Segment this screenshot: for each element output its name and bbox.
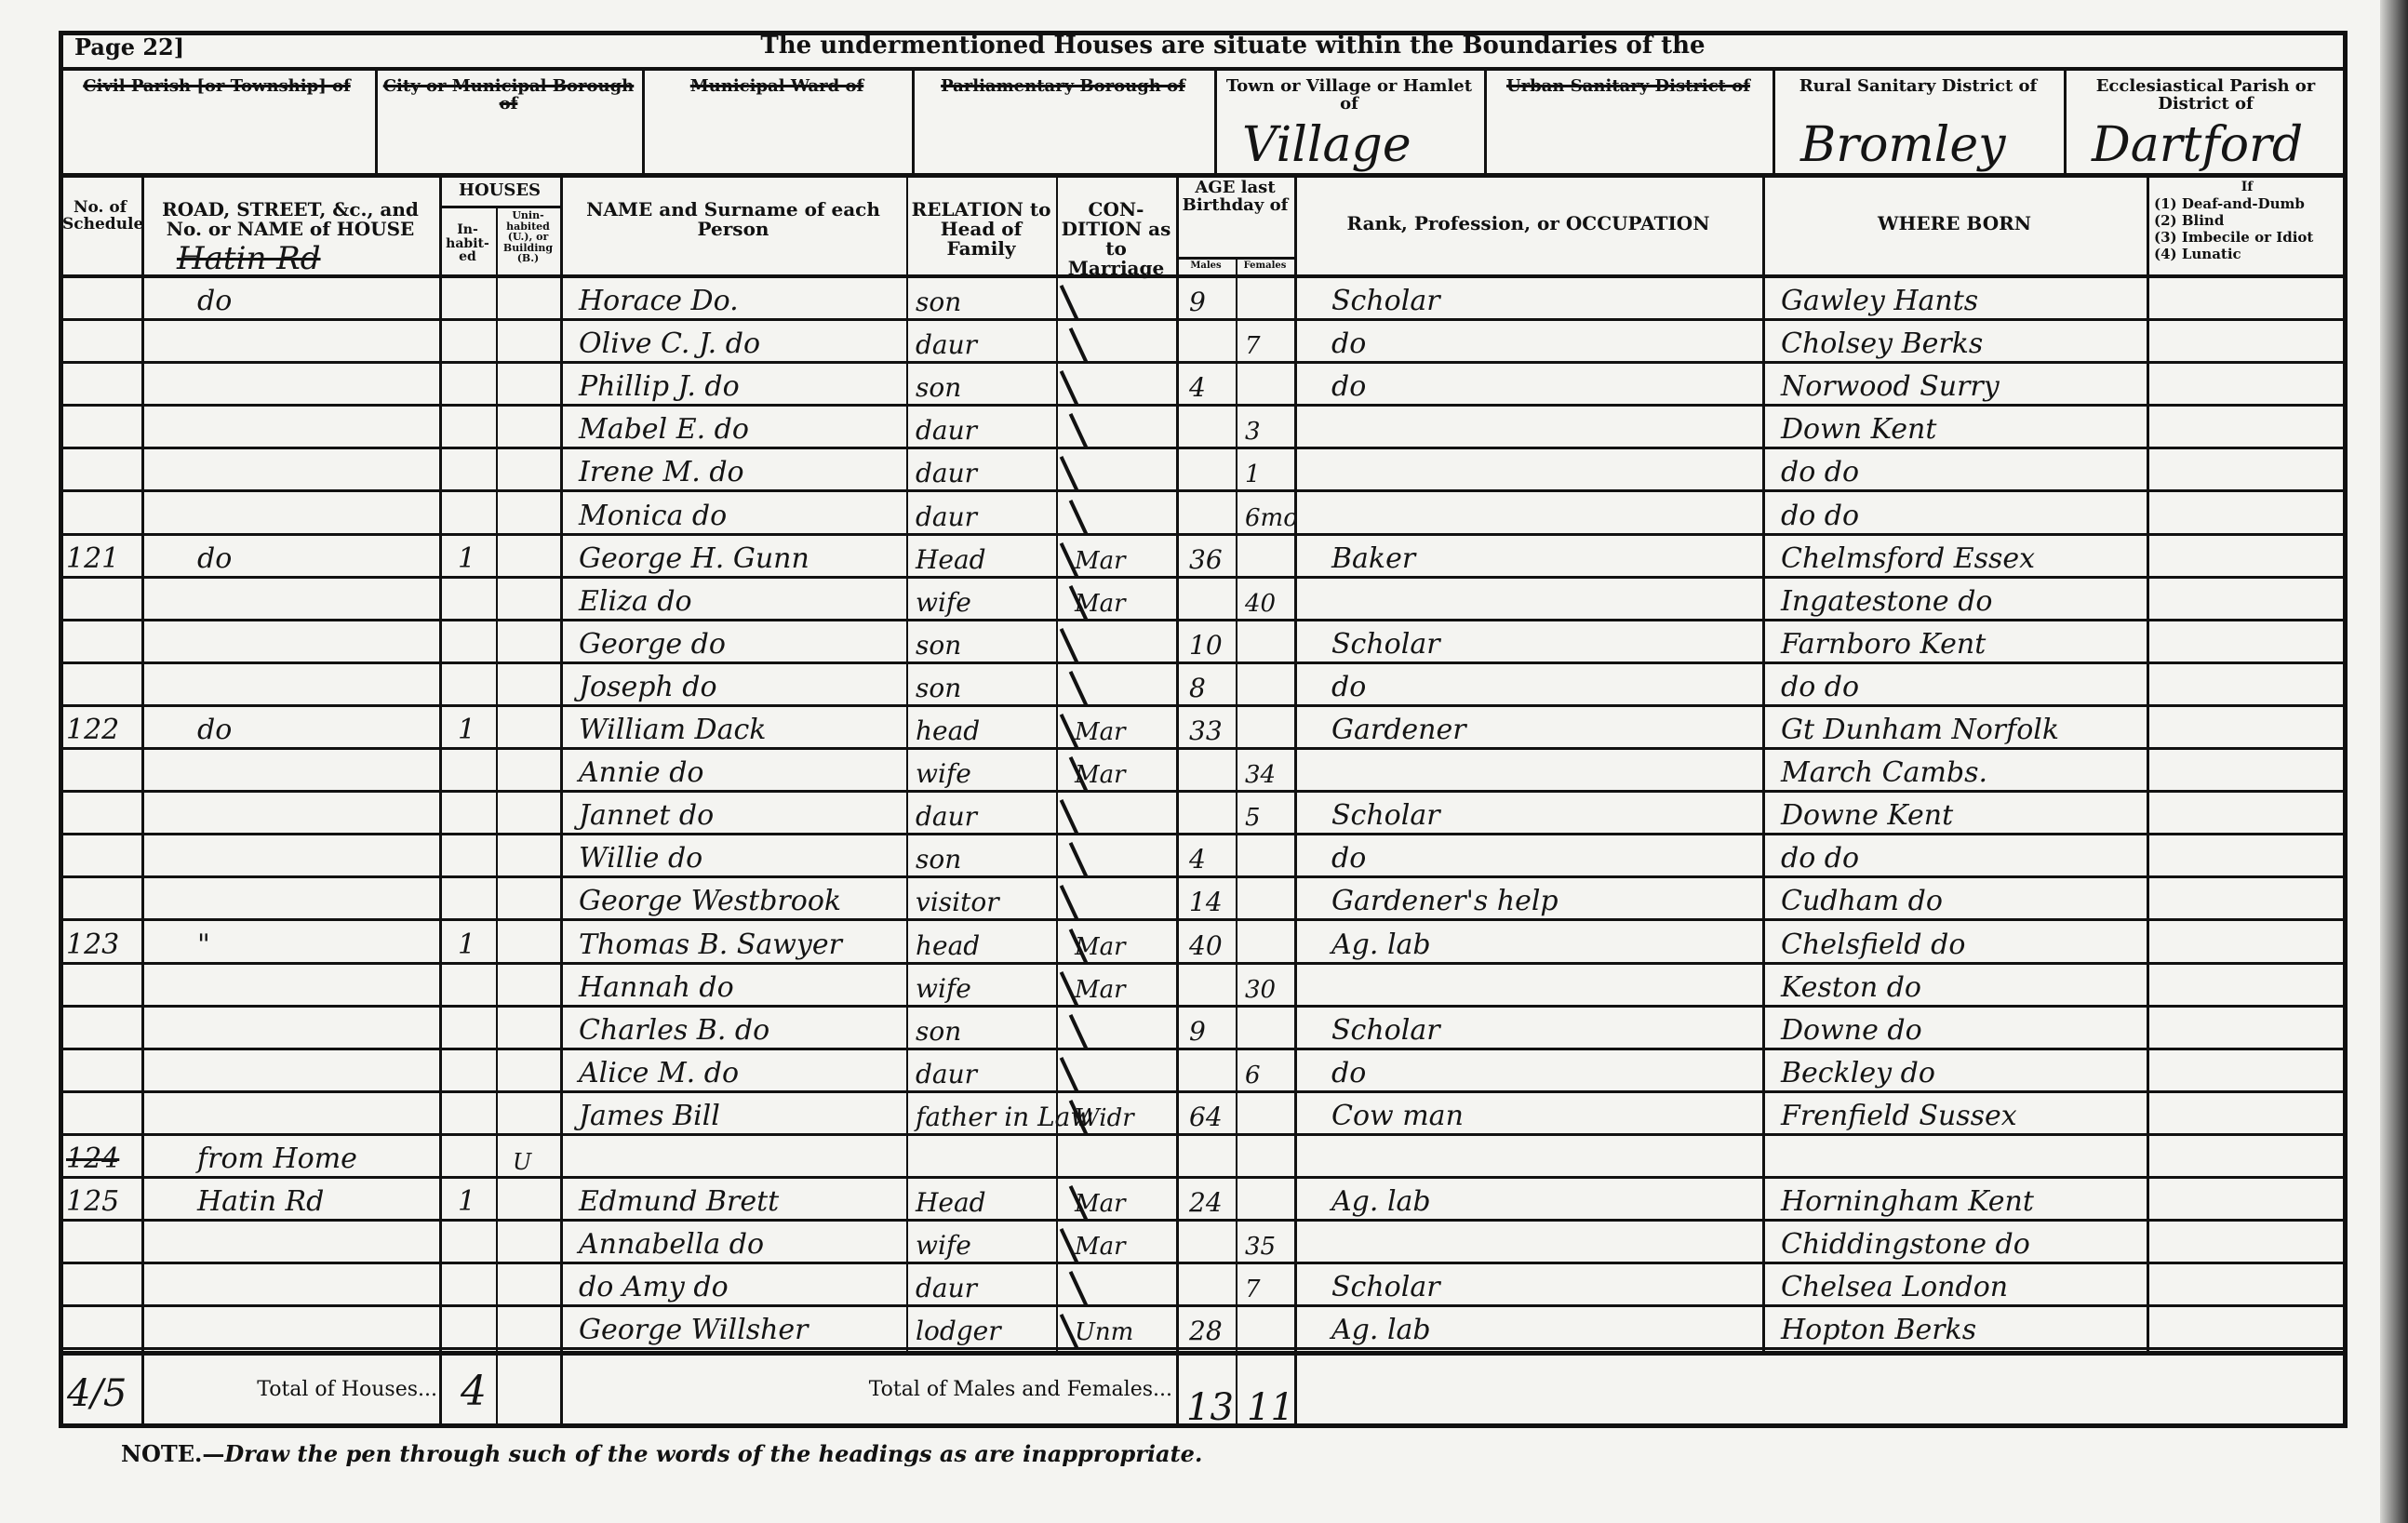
- cell-male-age: [1189, 1264, 1236, 1307]
- cell-name: Eliza do: [579, 579, 906, 621]
- cell-schedule: [66, 579, 141, 621]
- cell-condition: [1075, 278, 1176, 321]
- cell-name: Irene M. do: [579, 449, 906, 492]
- cell-inhabited: [458, 1093, 496, 1136]
- cell-relation: son: [916, 664, 1056, 707]
- header-houses: HOUSES: [439, 182, 560, 200]
- cell-schedule: [66, 835, 141, 878]
- cell-relation: daur: [916, 1050, 1056, 1093]
- cell-occupation: [1331, 965, 1762, 1008]
- cell-relation: lodger: [916, 1307, 1056, 1350]
- cell-where-born: do do: [1781, 493, 2147, 536]
- cell-female-age: [1245, 364, 1294, 407]
- cell-male-age: 9: [1189, 1008, 1236, 1050]
- header-infirmity-if: If: [2147, 180, 2348, 194]
- cell-schedule: [66, 1093, 141, 1136]
- total-females-value: 11: [1247, 1386, 1294, 1429]
- cell-inhabited: [458, 793, 496, 835]
- cell-name: Annie do: [579, 750, 906, 793]
- district-box-7: Rural Sanitary District ofBromley: [1773, 71, 2064, 173]
- cell-female-age: [1245, 278, 1294, 321]
- cell-condition: Mar: [1075, 707, 1176, 750]
- district-label: Parliamentary Borough of: [919, 78, 1207, 96]
- cell-inhabited: [458, 407, 496, 449]
- cell-occupation: Cow man: [1331, 1093, 1762, 1136]
- cell-road: [197, 321, 439, 364]
- cell-female-age: [1245, 1008, 1294, 1050]
- cell-male-age: [1189, 1050, 1236, 1093]
- cell-uninhabited: [513, 536, 560, 579]
- district-label: Town or Village or Hamlet of: [1222, 78, 1477, 114]
- cell-uninhabited: [513, 1222, 560, 1264]
- cell-name: Willie do: [579, 835, 906, 878]
- district-label: City or Municipal Borough of: [382, 78, 635, 114]
- table-row: doHorace Do.son9ScholarGawley Hants: [0, 278, 2408, 321]
- cell-where-born: Cudham do: [1781, 878, 2147, 921]
- cell-where-born: Frenfield Sussex: [1781, 1093, 2147, 1136]
- cell-road: [197, 1093, 439, 1136]
- cell-where-born: Downe do: [1781, 1008, 2147, 1050]
- table-row: Willie doson4dodo do: [0, 835, 2408, 878]
- cell-where-born: Horningham Kent: [1781, 1179, 2147, 1222]
- district-label: Municipal Ward of: [649, 78, 904, 96]
- table-row: Eliza dowifeMar40Ingatestone do: [0, 579, 2408, 621]
- cell-inhabited: 1: [458, 536, 496, 579]
- table-row: Phillip J. doson4doNorwood Surry: [0, 364, 2408, 407]
- district-box-1: Civil Parish [or Township] of: [59, 71, 375, 173]
- cell-name: Monica do: [579, 493, 906, 536]
- cell-where-born: do do: [1781, 835, 2147, 878]
- cell-name: Edmund Brett: [579, 1179, 906, 1222]
- cell-occupation: Ag. lab: [1331, 1179, 1762, 1222]
- divider-totals: [59, 1351, 2348, 1356]
- cell-uninhabited: [513, 664, 560, 707]
- district-divider: [912, 71, 915, 173]
- cell-relation: son: [916, 621, 1056, 664]
- cell-name: do Amy do: [579, 1264, 906, 1307]
- cell-schedule: [66, 1050, 141, 1093]
- footer-note: NOTE.—Draw the pen through such of the w…: [121, 1440, 1202, 1467]
- district-label: Rural Sanitary District of: [1780, 78, 2056, 96]
- district-divider: [642, 71, 645, 173]
- header-road: ROAD, STREET, &c., and No. or NAME of HO…: [145, 200, 435, 239]
- cell-male-age: 4: [1189, 364, 1236, 407]
- cell-uninhabited: [513, 449, 560, 492]
- district-box-2: City or Municipal Borough of: [375, 71, 642, 173]
- cell-schedule: [66, 965, 141, 1008]
- district-divider: [1484, 71, 1487, 173]
- district-box-4: Parliamentary Borough of: [912, 71, 1214, 173]
- cell-name: Charles B. do: [579, 1008, 906, 1050]
- cell-relation: Head: [916, 536, 1056, 579]
- cell-name: Annabella do: [579, 1222, 906, 1264]
- cell-where-born: do do: [1781, 664, 2147, 707]
- cell-where-born: Chelsea London: [1781, 1264, 2147, 1307]
- cell-inhabited: [458, 750, 496, 793]
- cell-name: Alice M. do: [579, 1050, 906, 1093]
- cell-uninhabited: [513, 965, 560, 1008]
- cell-male-age: [1189, 1136, 1236, 1179]
- cell-relation: Head: [916, 1179, 1056, 1222]
- census-page: Page 22] The undermentioned Houses are s…: [0, 0, 2408, 1523]
- cell-schedule: [66, 621, 141, 664]
- cell-male-age: 33: [1189, 707, 1236, 750]
- cell-occupation: do: [1331, 835, 1762, 878]
- page-number: Page 22]: [74, 35, 184, 59]
- cell-inhabited: [458, 493, 496, 536]
- cell-male-age: [1189, 579, 1236, 621]
- cell-uninhabited: [513, 1179, 560, 1222]
- cell-road: [197, 1222, 439, 1264]
- cell-schedule: 122: [66, 707, 141, 750]
- table-row: James Billfather in LawWidr64Cow manFren…: [0, 1093, 2408, 1136]
- cell-occupation: Ag. lab: [1331, 922, 1762, 965]
- cell-relation: daur: [916, 407, 1056, 449]
- table-row: 123"1Thomas B. SawyerheadMar40Ag. labChe…: [0, 922, 2408, 965]
- cell-where-born: Farnboro Kent: [1781, 621, 2147, 664]
- cell-relation: wife: [916, 965, 1056, 1008]
- cell-uninhabited: [513, 1307, 560, 1350]
- cell-where-born: Hopton Berks: [1781, 1307, 2147, 1350]
- cell-condition: [1075, 1050, 1176, 1093]
- header-uninhabited: Unin-habited (U.), or Building (B.): [498, 210, 558, 264]
- district-divider: [2064, 71, 2067, 173]
- cell-female-age: 7: [1245, 1264, 1294, 1307]
- cell-male-age: [1189, 793, 1236, 835]
- cell-female-age: 40: [1245, 579, 1294, 621]
- table-row: Hannah dowifeMar30Keston do: [0, 965, 2408, 1008]
- district-label: Civil Parish [or Township] of: [66, 78, 368, 96]
- cell-where-born: Down Kent: [1781, 407, 2147, 449]
- cell-female-age: [1245, 878, 1294, 921]
- cell-road: [197, 493, 439, 536]
- cell-road: [197, 878, 439, 921]
- cell-inhabited: [458, 321, 496, 364]
- cell-relation: father in Law: [916, 1093, 1056, 1136]
- cell-inhabited: [458, 449, 496, 492]
- cell-condition: [1075, 449, 1176, 492]
- cell-where-born: Gt Dunham Norfolk: [1781, 707, 2147, 750]
- district-divider: [1214, 71, 1217, 173]
- cell-schedule: [66, 750, 141, 793]
- header-infirmity-item: (3) Imbecile or Idiot: [2154, 231, 2313, 246]
- cell-where-born: Chiddingstone do: [1781, 1222, 2147, 1264]
- cell-female-age: [1245, 922, 1294, 965]
- cell-inhabited: [458, 579, 496, 621]
- cell-relation: son: [916, 835, 1056, 878]
- table-row: 125Hatin Rd1Edmund BrettHeadMar24Ag. lab…: [0, 1179, 2408, 1222]
- cell-schedule: 125: [66, 1179, 141, 1222]
- header-occupation: Rank, Profession, or OCCUPATION: [1298, 214, 1759, 234]
- cell-female-age: 35: [1245, 1222, 1294, 1264]
- cell-relation: wife: [916, 750, 1056, 793]
- cell-male-age: [1189, 750, 1236, 793]
- cell-where-born: Downe Kent: [1781, 793, 2147, 835]
- cell-uninhabited: [513, 278, 560, 321]
- cell-male-age: 28: [1189, 1307, 1236, 1350]
- cell-condition: [1075, 878, 1176, 921]
- cell-road: do: [197, 536, 439, 579]
- cell-name: Hannah do: [579, 965, 906, 1008]
- cell-relation: head: [916, 707, 1056, 750]
- cell-schedule: [66, 321, 141, 364]
- cell-condition: [1075, 321, 1176, 364]
- cell-uninhabited: [513, 750, 560, 793]
- cell-male-age: 14: [1189, 878, 1236, 921]
- table-row: Alice M. dodaur6doBeckley do: [0, 1050, 2408, 1093]
- cell-name: William Dack: [579, 707, 906, 750]
- cell-male-age: [1189, 1222, 1236, 1264]
- cell-occupation: Scholar: [1331, 1264, 1762, 1307]
- cell-inhabited: [458, 878, 496, 921]
- cell-female-age: [1245, 664, 1294, 707]
- cell-schedule: 123: [66, 922, 141, 965]
- cell-where-born: Beckley do: [1781, 1050, 2147, 1093]
- cell-condition: [1075, 493, 1176, 536]
- cell-occupation: [1331, 579, 1762, 621]
- cell-schedule: [66, 407, 141, 449]
- cell-occupation: Ag. lab: [1331, 1307, 1762, 1350]
- district-box-5: Town or Village or Hamlet ofVillage: [1214, 71, 1484, 173]
- cell-name: Olive C. J. do: [579, 321, 906, 364]
- cell-where-born: Keston do: [1781, 965, 2147, 1008]
- header-females: Females: [1236, 261, 1294, 272]
- cell-occupation: [1331, 750, 1762, 793]
- cell-occupation: Gardener: [1331, 707, 1762, 750]
- district-box-6: Urban Sanitary District of: [1484, 71, 1773, 173]
- header-inhabited: In-habit-ed: [441, 223, 494, 264]
- cell-schedule: [66, 278, 141, 321]
- district-box-3: Municipal Ward of: [642, 71, 912, 173]
- cell-uninhabited: [513, 878, 560, 921]
- cell-occupation: [1331, 1222, 1762, 1264]
- cell-inhabited: [458, 1136, 496, 1179]
- cell-schedule: [66, 364, 141, 407]
- cell-male-age: 64: [1189, 1093, 1236, 1136]
- cell-road: [197, 965, 439, 1008]
- cell-inhabited: [458, 278, 496, 321]
- cell-road: [197, 793, 439, 835]
- header-infirmity-item: (4) Lunatic: [2154, 247, 2241, 262]
- cell-occupation: Baker: [1331, 536, 1762, 579]
- cell-condition: [1075, 364, 1176, 407]
- cell-uninhabited: [513, 1050, 560, 1093]
- cell-condition: Mar: [1075, 579, 1176, 621]
- cell-inhabited: [458, 965, 496, 1008]
- district-value: Village: [1242, 117, 1411, 173]
- cell-female-age: 5: [1245, 793, 1294, 835]
- cell-relation: daur: [916, 493, 1056, 536]
- header-males: Males: [1176, 261, 1236, 272]
- cell-uninhabited: [513, 1008, 560, 1050]
- cell-schedule: [66, 664, 141, 707]
- cell-relation: wife: [916, 579, 1056, 621]
- cell-occupation: Gardener's help: [1331, 878, 1762, 921]
- cell-relation: visitor: [916, 878, 1056, 921]
- cell-occupation: [1331, 493, 1762, 536]
- cell-name: George Westbrook: [579, 878, 906, 921]
- cell-inhabited: 1: [458, 1179, 496, 1222]
- cell-uninhabited: [513, 579, 560, 621]
- cell-schedule: [66, 1008, 141, 1050]
- cell-uninhabited: U: [513, 1136, 560, 1179]
- cell-where-born: Ingatestone do: [1781, 579, 2147, 621]
- cell-schedule: [66, 1264, 141, 1307]
- cell-female-age: 1: [1245, 449, 1294, 492]
- cell-name: Mabel E. do: [579, 407, 906, 449]
- cell-inhabited: 1: [458, 707, 496, 750]
- cell-name: George Willsher: [579, 1307, 906, 1350]
- cell-occupation: [1331, 1136, 1762, 1179]
- district-label: Urban Sanitary District of: [1492, 78, 1765, 96]
- cell-road: [197, 1050, 439, 1093]
- table-row: 124from HomeU: [0, 1136, 2408, 1179]
- table-row: George WillsherlodgerUnm28Ag. labHopton …: [0, 1307, 2408, 1350]
- cell-road: [197, 364, 439, 407]
- district-value: Dartford: [2092, 117, 2303, 173]
- cell-road: Hatin Rd: [197, 1179, 439, 1222]
- cell-name: Thomas B. Sawyer: [579, 922, 906, 965]
- district-label: Ecclesiastical Parish or District of: [2071, 78, 2340, 114]
- cell-road: [197, 664, 439, 707]
- cell-female-age: 7: [1245, 321, 1294, 364]
- table-row: 121do1George H. GunnHeadMar36BakerChelms…: [0, 536, 2408, 579]
- cell-female-age: [1245, 1093, 1294, 1136]
- cell-where-born: Cholsey Berks: [1781, 321, 2147, 364]
- cell-name: George H. Gunn: [579, 536, 906, 579]
- header-condition: CON-DITION as to Marriage: [1060, 200, 1172, 278]
- banner-title: The undermentioned Houses are situate wi…: [558, 33, 1907, 59]
- cell-road: do: [197, 278, 439, 321]
- header-age: AGE last Birthday of: [1176, 180, 1294, 215]
- cell-name: George do: [579, 621, 906, 664]
- cell-where-born: Norwood Surry: [1781, 364, 2147, 407]
- cell-relation: daur: [916, 1264, 1056, 1307]
- cell-relation: wife: [916, 1222, 1056, 1264]
- cell-condition: Widr: [1075, 1093, 1176, 1136]
- cell-schedule: [66, 1307, 141, 1350]
- cell-schedule: [66, 793, 141, 835]
- cell-male-age: 4: [1189, 835, 1236, 878]
- cell-occupation: do: [1331, 1050, 1762, 1093]
- table-row: do Amy dodaur7ScholarChelsea London: [0, 1264, 2408, 1307]
- cell-condition: [1075, 621, 1176, 664]
- cell-where-born: Chelsfield do: [1781, 922, 2147, 965]
- cell-female-age: [1245, 707, 1294, 750]
- cell-female-age: 34: [1245, 750, 1294, 793]
- cell-uninhabited: [513, 407, 560, 449]
- cell-male-age: 40: [1189, 922, 1236, 965]
- header-relation: RELATION to Head of Family: [910, 200, 1052, 259]
- cell-uninhabited: [513, 621, 560, 664]
- cell-condition: [1075, 664, 1176, 707]
- cell-inhabited: [458, 835, 496, 878]
- cell-road: [197, 1264, 439, 1307]
- cell-inhabited: [458, 1050, 496, 1093]
- cell-uninhabited: [513, 1093, 560, 1136]
- cell-uninhabited: [513, 364, 560, 407]
- cell-uninhabited: [513, 493, 560, 536]
- header-name: NAME and Surname of each Person: [564, 200, 903, 239]
- cell-male-age: [1189, 493, 1236, 536]
- cell-condition: Mar: [1075, 536, 1176, 579]
- table-row: George Westbrookvisitor14Gardener's help…: [0, 878, 2408, 921]
- cell-road: [197, 449, 439, 492]
- cell-where-born: [1781, 1136, 2147, 1179]
- cell-uninhabited: [513, 707, 560, 750]
- cell-condition: [1075, 835, 1176, 878]
- cell-male-age: [1189, 407, 1236, 449]
- district-divider: [375, 71, 378, 173]
- table-row: Irene M. dodaur1do do: [0, 449, 2408, 492]
- header-schedule: No. of Schedule: [62, 200, 138, 234]
- cell-uninhabited: [513, 793, 560, 835]
- total-houses-label: Total of Houses...: [223, 1379, 437, 1400]
- cell-condition: Mar: [1075, 1179, 1176, 1222]
- cell-relation: daur: [916, 449, 1056, 492]
- table-row: 122do1William DackheadMar33GardenerGt Du…: [0, 707, 2408, 750]
- cell-inhabited: [458, 1222, 496, 1264]
- cell-inhabited: [458, 621, 496, 664]
- district-divider: [1773, 71, 1775, 173]
- table-row: Monica dodaur6modo do: [0, 493, 2408, 536]
- cell-occupation: do: [1331, 321, 1762, 364]
- cell-where-born: March Cambs.: [1781, 750, 2147, 793]
- road-header-entry: Hatin Rd: [177, 240, 321, 277]
- table-row: Annie dowifeMar34March Cambs.: [0, 750, 2408, 793]
- header-infirmity-item: (1) Deaf-and-Dumb: [2154, 197, 2305, 212]
- total-houses-value: 4: [461, 1368, 487, 1415]
- cell-road: [197, 750, 439, 793]
- cell-relation: [916, 1136, 1056, 1179]
- cell-relation: son: [916, 1008, 1056, 1050]
- cell-female-age: [1245, 835, 1294, 878]
- cell-uninhabited: [513, 1264, 560, 1307]
- cell-schedule: [66, 493, 141, 536]
- cell-relation: son: [916, 364, 1056, 407]
- cell-road: ": [197, 922, 439, 965]
- cell-road: [197, 407, 439, 449]
- cell-uninhabited: [513, 922, 560, 965]
- cell-relation: daur: [916, 321, 1056, 364]
- header-infirmity-item: (2) Blind: [2154, 214, 2224, 229]
- cell-condition: Mar: [1075, 750, 1176, 793]
- cell-schedule: 121: [66, 536, 141, 579]
- cell-condition: [1075, 1008, 1176, 1050]
- cell-female-age: [1245, 1179, 1294, 1222]
- margin-tally-mark: 4/5: [67, 1372, 127, 1415]
- cell-female-age: [1245, 1136, 1294, 1179]
- cell-condition: [1075, 1264, 1176, 1307]
- cell-road: do: [197, 707, 439, 750]
- cell-male-age: [1189, 321, 1236, 364]
- cell-occupation: [1331, 407, 1762, 449]
- table-row: Jannet dodaur5ScholarDowne Kent: [0, 793, 2408, 835]
- cell-condition: Mar: [1075, 965, 1176, 1008]
- cell-male-age: [1189, 449, 1236, 492]
- cell-where-born: Chelmsford Essex: [1781, 536, 2147, 579]
- cell-relation: son: [916, 278, 1056, 321]
- cell-male-age: 9: [1189, 278, 1236, 321]
- cell-female-age: 30: [1245, 965, 1294, 1008]
- cell-schedule: [66, 878, 141, 921]
- cell-name: Horace Do.: [579, 278, 906, 321]
- cell-male-age: [1189, 965, 1236, 1008]
- cell-name: [579, 1136, 906, 1179]
- cell-occupation: do: [1331, 364, 1762, 407]
- cell-relation: daur: [916, 793, 1056, 835]
- table-row: Joseph doson8dodo do: [0, 664, 2408, 707]
